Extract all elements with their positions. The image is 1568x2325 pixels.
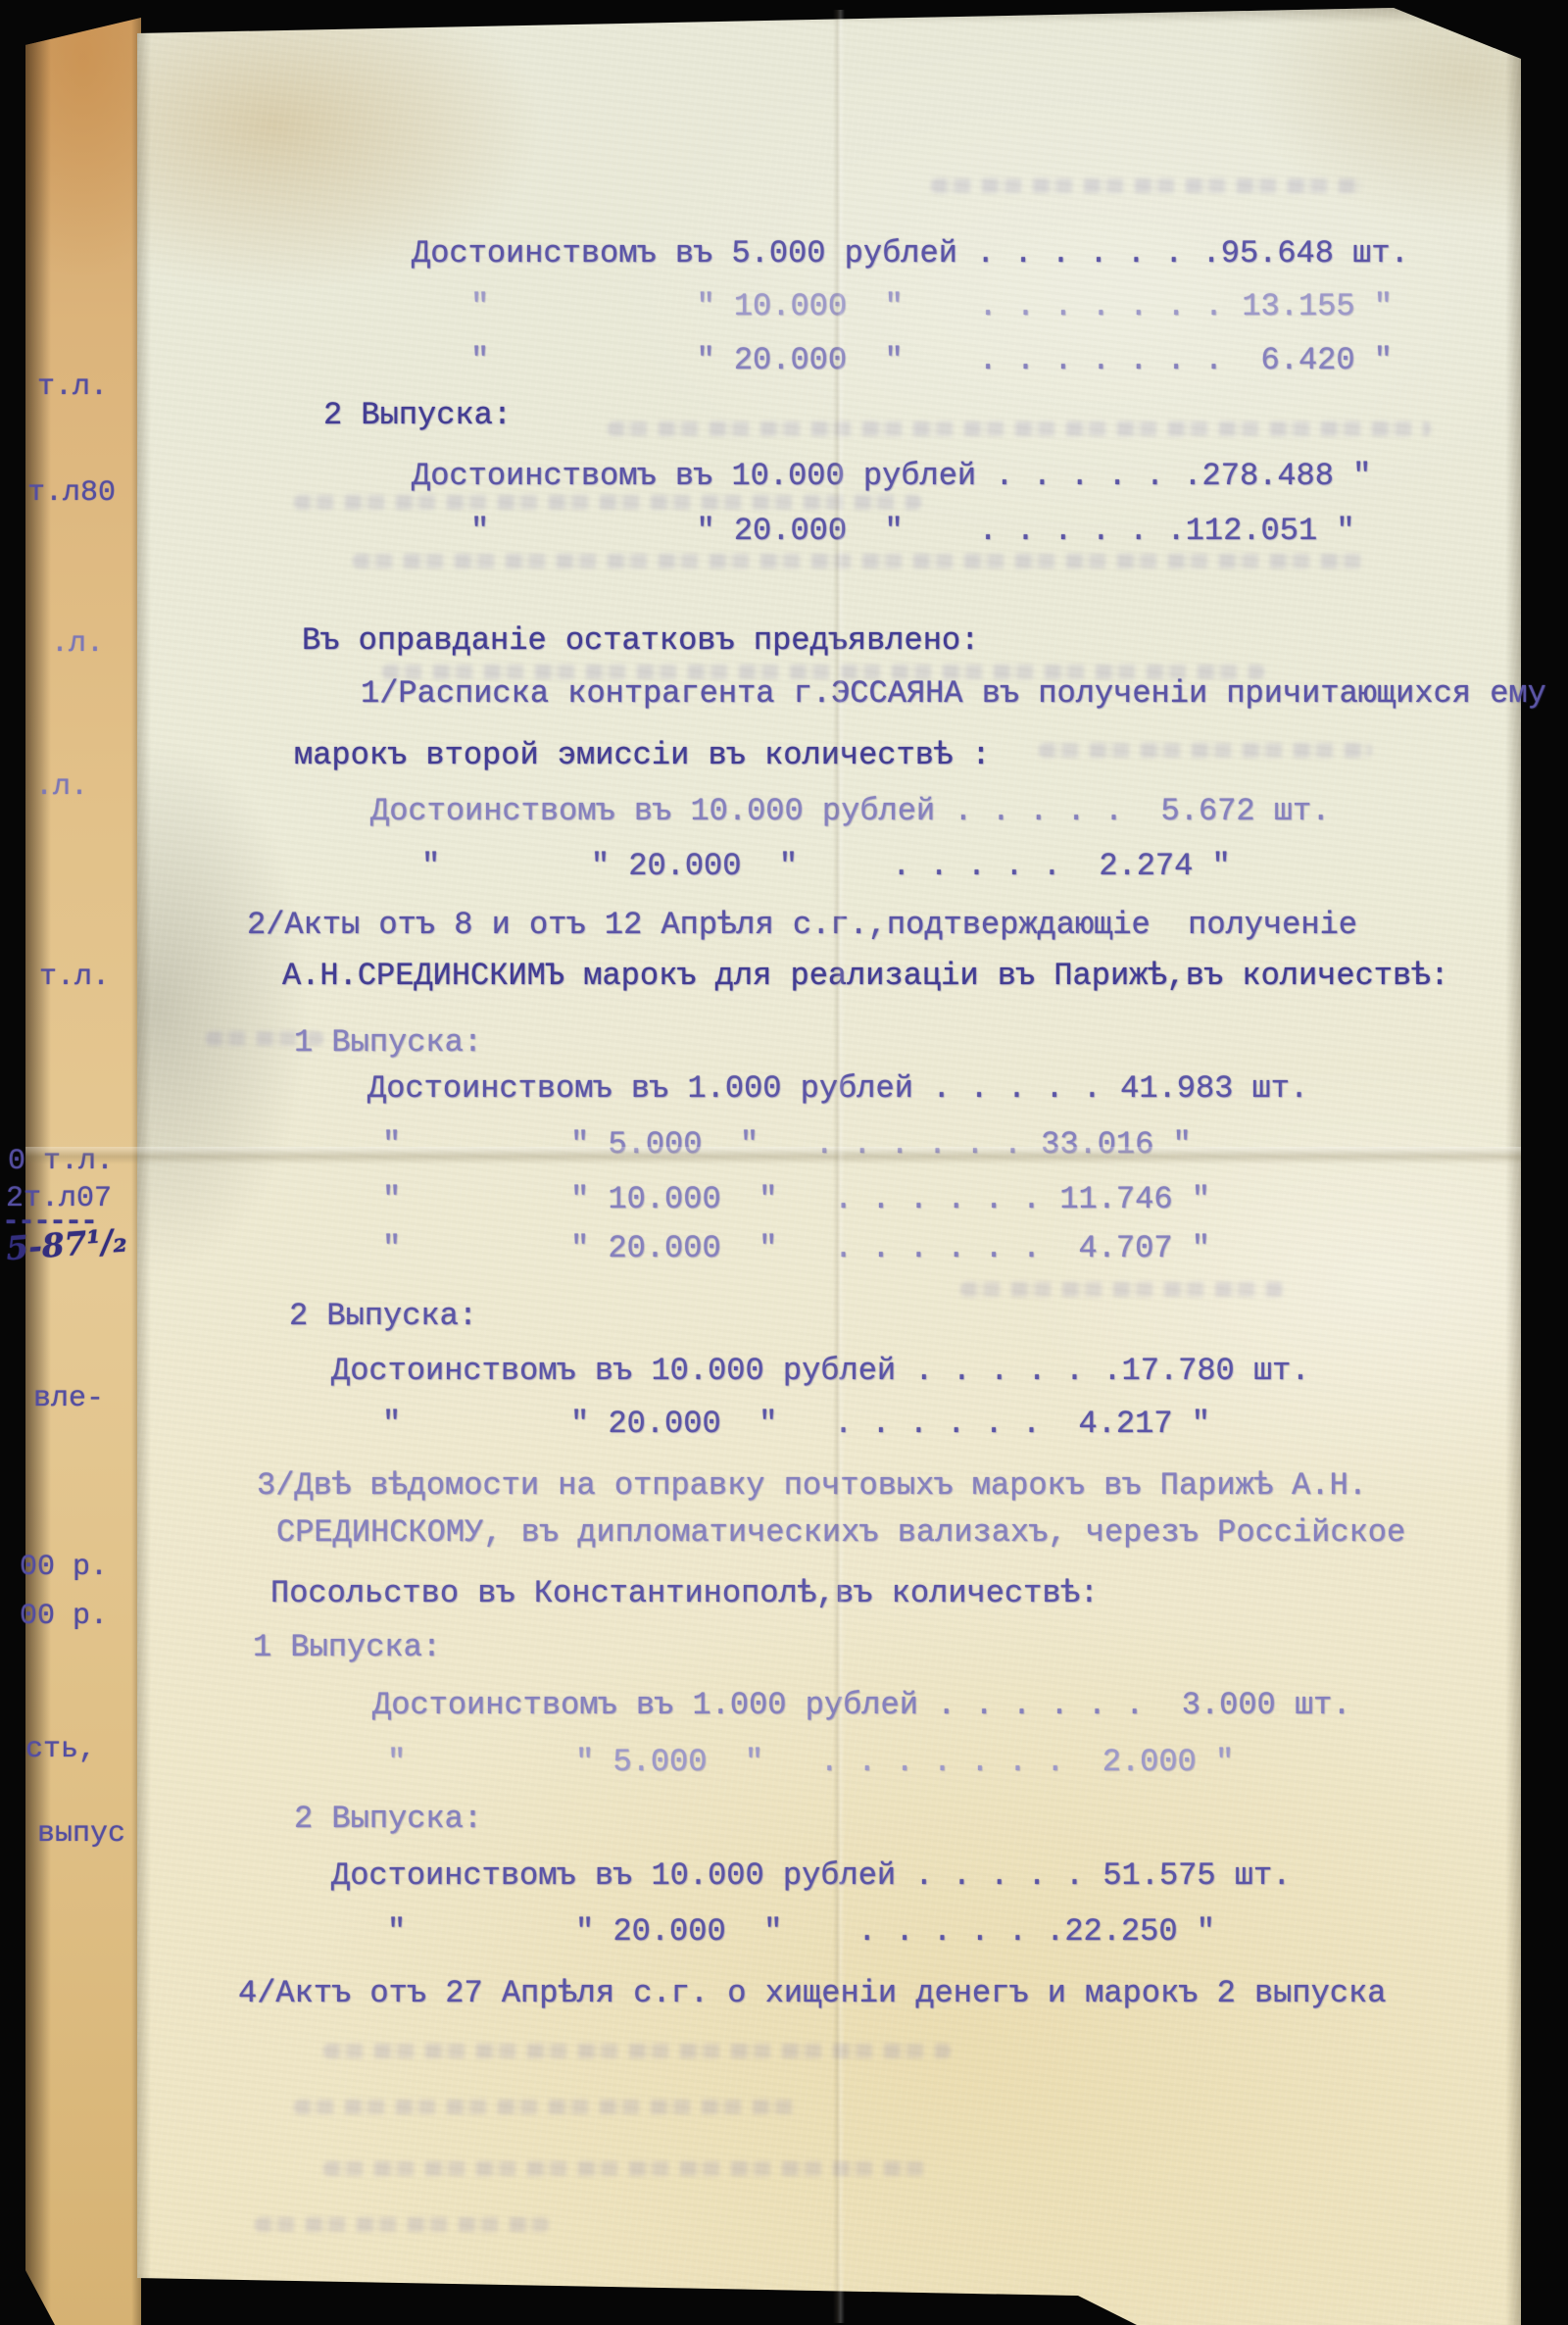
typed-line: " " 20.000 " . . . . . . 4.217 " bbox=[382, 1409, 1210, 1440]
typed-line: 1/Расписка контрагента г.ЭССАЯНА въ полу… bbox=[361, 678, 1546, 710]
typed-line: марокъ второй эмиссіи въ количествѣ : bbox=[294, 740, 991, 771]
typed-line: " " 20.000 " . . . . . 2.274 " bbox=[421, 851, 1231, 882]
typed-line: 1 Выпуска: bbox=[294, 1027, 482, 1059]
typed-line: Достоинствомъ въ 10.000 рублей . . . . .… bbox=[331, 1860, 1291, 1892]
typed-line: Достоинствомъ въ 1.000 рублей . . . . . … bbox=[367, 1073, 1308, 1105]
typed-line: Достоинствомъ въ 10.000 рублей . . . . .… bbox=[370, 796, 1330, 827]
margin-fragment: т.л80 bbox=[27, 476, 116, 510]
typed-line: Въ оправданіе остатковъ предъявлено: bbox=[302, 625, 979, 657]
typed-line: 2 Выпуска: bbox=[289, 1301, 477, 1332]
document-scan: т.л. т.л80 .л. .л. т.л. 0 т.л. 2т.л07 --… bbox=[0, 0, 1568, 2325]
bleedthrough-text-ghost bbox=[323, 2044, 951, 2058]
typed-line: Посольство въ Константинополѣ,въ количес… bbox=[270, 1578, 1099, 1609]
typed-line: " " 20.000 " . . . . . .112.051 " bbox=[470, 516, 1355, 547]
typed-line: Достоинствомъ въ 1.000 рублей . . . . . … bbox=[372, 1690, 1351, 1721]
bleedthrough-text-ghost bbox=[1039, 743, 1372, 758]
margin-fragment: .л. bbox=[35, 770, 88, 804]
margin-fragment: выпус bbox=[37, 1817, 125, 1851]
typed-line: " " 20.000 " . . . . . .22.250 " bbox=[387, 1916, 1215, 1948]
bleedthrough-text-ghost bbox=[294, 495, 921, 510]
bleedthrough-text-ghost bbox=[294, 2100, 804, 2114]
typed-line: А.Н.СРЕДИНСКИМЪ марокъ для реализаціи въ… bbox=[282, 961, 1449, 992]
margin-fragment: т.л. bbox=[37, 371, 108, 404]
margin-fragment: 00 р. bbox=[20, 1600, 108, 1633]
typed-line: Достоинствомъ въ 10.000 рублей . . . . .… bbox=[412, 461, 1371, 492]
typed-line: " " 20.000 " . . . . . . . 6.420 " bbox=[470, 345, 1393, 376]
bleedthrough-text-ghost bbox=[323, 2161, 931, 2176]
bleedthrough-text-ghost bbox=[960, 1282, 1284, 1297]
margin-fragment: 0 т.л. bbox=[8, 1145, 114, 1178]
margin-fragment: 00 р. bbox=[20, 1551, 108, 1584]
typed-line: " " 20.000 " . . . . . . 4.707 " bbox=[382, 1233, 1210, 1264]
bleedthrough-text-ghost bbox=[353, 554, 1372, 569]
typed-line: " " 5.000 " . . . . . . 33.016 " bbox=[382, 1129, 1192, 1161]
typed-line: 1 Выпуска: bbox=[253, 1632, 441, 1663]
typed-line: " " 5.000 " . . . . . . . 2.000 " bbox=[387, 1747, 1234, 1778]
typed-line: 4/Актъ отъ 27 Апрѣля с.г. о хищеніи дене… bbox=[238, 1978, 1386, 2009]
bleedthrough-text-ghost bbox=[931, 178, 1362, 193]
typed-line: СРЕДИНСКОМУ, въ дипломатическихъ вализах… bbox=[276, 1517, 1405, 1549]
typed-line: 2 Выпуска: bbox=[323, 400, 512, 431]
margin-fragment: т.л. bbox=[39, 961, 110, 994]
typed-line: 3/Двѣ вѣдомости на отправку почтовыхъ ма… bbox=[257, 1470, 1367, 1502]
typed-line: " " 10.000 " . . . . . . . 13.155 " bbox=[470, 291, 1393, 322]
margin-fragment: сть, bbox=[25, 1733, 96, 1766]
margin-fragment: .л. bbox=[51, 627, 104, 661]
typed-line: 2 Выпуска: bbox=[294, 1804, 482, 1835]
typed-line: Достоинствомъ въ 10.000 рублей . . . . .… bbox=[331, 1356, 1310, 1387]
typed-line: Достоинствомъ въ 5.000 рублей . . . . . … bbox=[412, 238, 1409, 270]
margin-fragment: вле- bbox=[33, 1382, 104, 1415]
bleedthrough-text-ghost bbox=[608, 421, 1431, 436]
typed-line: 2/Акты отъ 8 и отъ 12 Апрѣля с.г.,подтве… bbox=[247, 910, 1357, 941]
bleedthrough-text-ghost bbox=[255, 2217, 549, 2232]
typed-line: " " 10.000 " . . . . . . 11.746 " bbox=[382, 1184, 1210, 1215]
